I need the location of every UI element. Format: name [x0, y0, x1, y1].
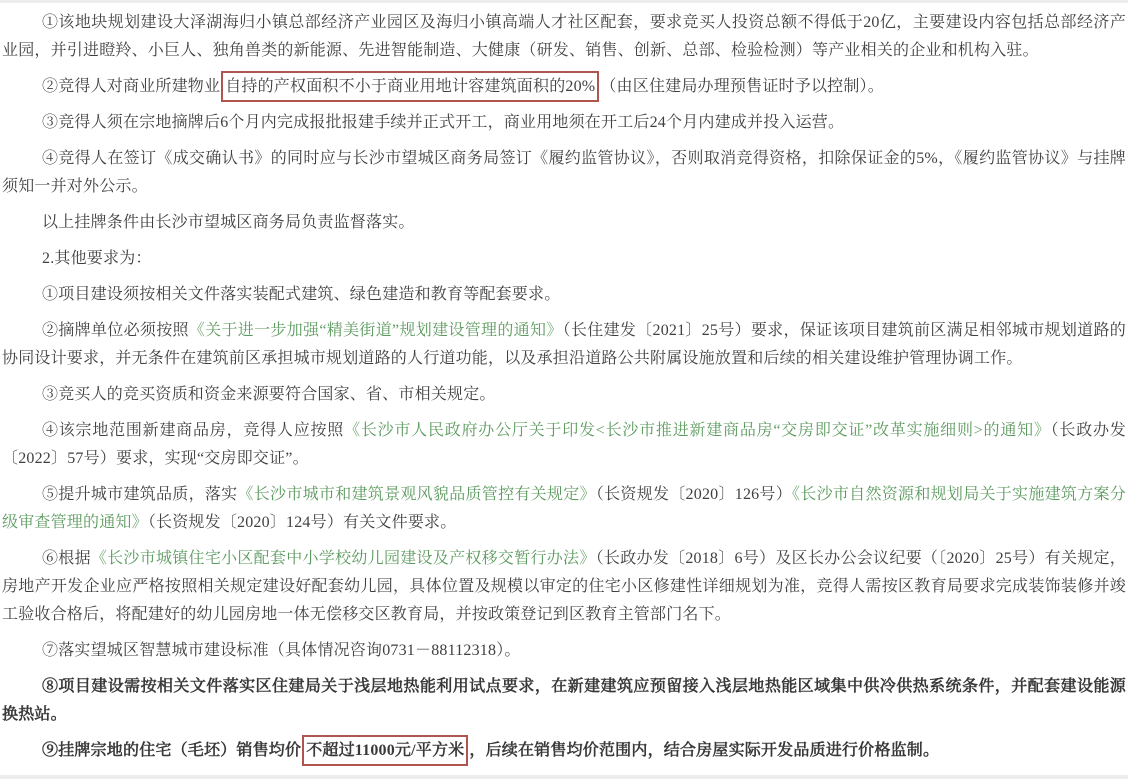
clause-s2-2-lead-text: ②摘牌单位必须按照 — [42, 322, 189, 339]
clause-s2-9-lead-text: ⑨挂牌宗地的住宅（毛坯）销售均价 — [42, 742, 301, 759]
clause-s2-3-qualification-funds: ③竞买人的竞买资质和资金来源要符合国家、省、市相关规定。 — [2, 381, 1126, 409]
link-jingmei-street-notice[interactable]: 《关于进一步加强“精美街道”规划建设管理的通知》 — [189, 322, 563, 339]
clause-s1-2-lead-text: ②竞得人对商业所建物业 — [42, 78, 220, 95]
clause-s1-4-supervision-agreement: ④竞得人在签订《成交确认书》的同时应与长沙市望城区商务局签订《履约监管协议》，否… — [2, 145, 1126, 201]
clause-s2-8-geothermal: ⑧项目建设需按相关文件落实区住建局关于浅层地热能利用试点要求，在新建建筑应预留接… — [2, 673, 1126, 729]
clause-s1-1-plan-investment: ①该地块规划建设大泽湖海归小镇总部经济产业园区及海归小镇高端人才社区配套，要求竞… — [2, 9, 1126, 65]
clause-s2-9-tail-text: ，后续在销售均价范围内，结合房屋实际开发品质进行价格监制。 — [469, 742, 939, 759]
clause-s1-2-self-hold-ratio: ②竞得人对商业所建物业自持的产权面积不小于商业用地计容建筑面积的20%（由区住建… — [2, 73, 1126, 101]
clause-s2-4-lead-text: ④该宗地范围新建商品房，竞得人应按照 — [42, 422, 344, 439]
document-page: ①该地块规划建设大泽湖海归小镇总部经济产业园区及海归小镇高端人才社区配套，要求竞… — [0, 0, 1128, 779]
highlight-box-ownership-ratio: 自持的产权面积不小于商业用地计容建筑面积的20% — [221, 71, 599, 102]
clause-s2-5-lead-text: ⑤提升城市建筑品质，落实 — [42, 486, 237, 503]
clause-s2-6-kindergarten: ⑥根据《长沙市城镇住宅小区配套中小学校幼儿园建设及产权移交暂行办法》（长政办发〔… — [2, 545, 1126, 629]
highlight-box-price-cap: 不超过11000元/平方米 — [302, 735, 468, 766]
clause-s2-9-price-cap: ⑨挂牌宗地的住宅（毛坯）销售均价不超过11000元/平方米，后续在销售均价范围内… — [2, 737, 1126, 765]
clause-s2-5-building-quality: ⑤提升城市建筑品质，落实《长沙市城市和建筑景观风貌品质管控有关规定》（长资规发〔… — [2, 481, 1126, 537]
clause-s2-5-tail-text: （长资规发〔2020〕124号）有关文件要求。 — [148, 514, 457, 531]
section2-heading: 2.其他要求为： — [2, 245, 1126, 273]
link-landscape-quality-regulation[interactable]: 《长沙市城市和建筑景观风貌品质管控有关规定》 — [237, 486, 595, 503]
link-delivery-certificate-notice[interactable]: 《长沙市人民政府办公厅关于印发<长沙市推进新建商品房“交房即交证”改革实施细则>… — [344, 422, 1051, 439]
clause-s2-2-street-design: ②摘牌单位必须按照《关于进一步加强“精美街道”规划建设管理的通知》（长住建发〔2… — [2, 317, 1126, 373]
clause-s2-6-lead-text: ⑥根据 — [42, 550, 91, 567]
link-kindergarten-measures[interactable]: 《长沙市城镇住宅小区配套中小学校幼儿园建设及产权移交暂行办法》 — [91, 550, 596, 567]
clause-s1-3-construction-deadline: ③竞得人须在宗地摘牌后6个月内完成报批报建手续并正式开工，商业用地须在开工后24… — [2, 109, 1126, 137]
clause-s2-4-delivery-certificate: ④该宗地范围新建商品房，竞得人应按照《长沙市人民政府办公厅关于印发<长沙市推进新… — [2, 417, 1126, 473]
clause-s2-1-prefab-green: ①项目建设须按相关文件落实装配式建筑、绿色建造和教育等配套要求。 — [2, 281, 1126, 309]
clause-s2-7-smart-city: ⑦落实望城区智慧城市建设标准（具体情况咨询0731－88112318）。 — [2, 637, 1126, 665]
clause-s2-5-mid-text: （长资规发〔2020〕126号） — [596, 486, 792, 503]
clause-s1-5-supervision-note: 以上挂牌条件由长沙市望城区商务局负责监督落实。 — [2, 209, 1126, 237]
clause-s1-2-tail-text: （由区住建局办理预售证时予以控制）。 — [600, 78, 884, 95]
